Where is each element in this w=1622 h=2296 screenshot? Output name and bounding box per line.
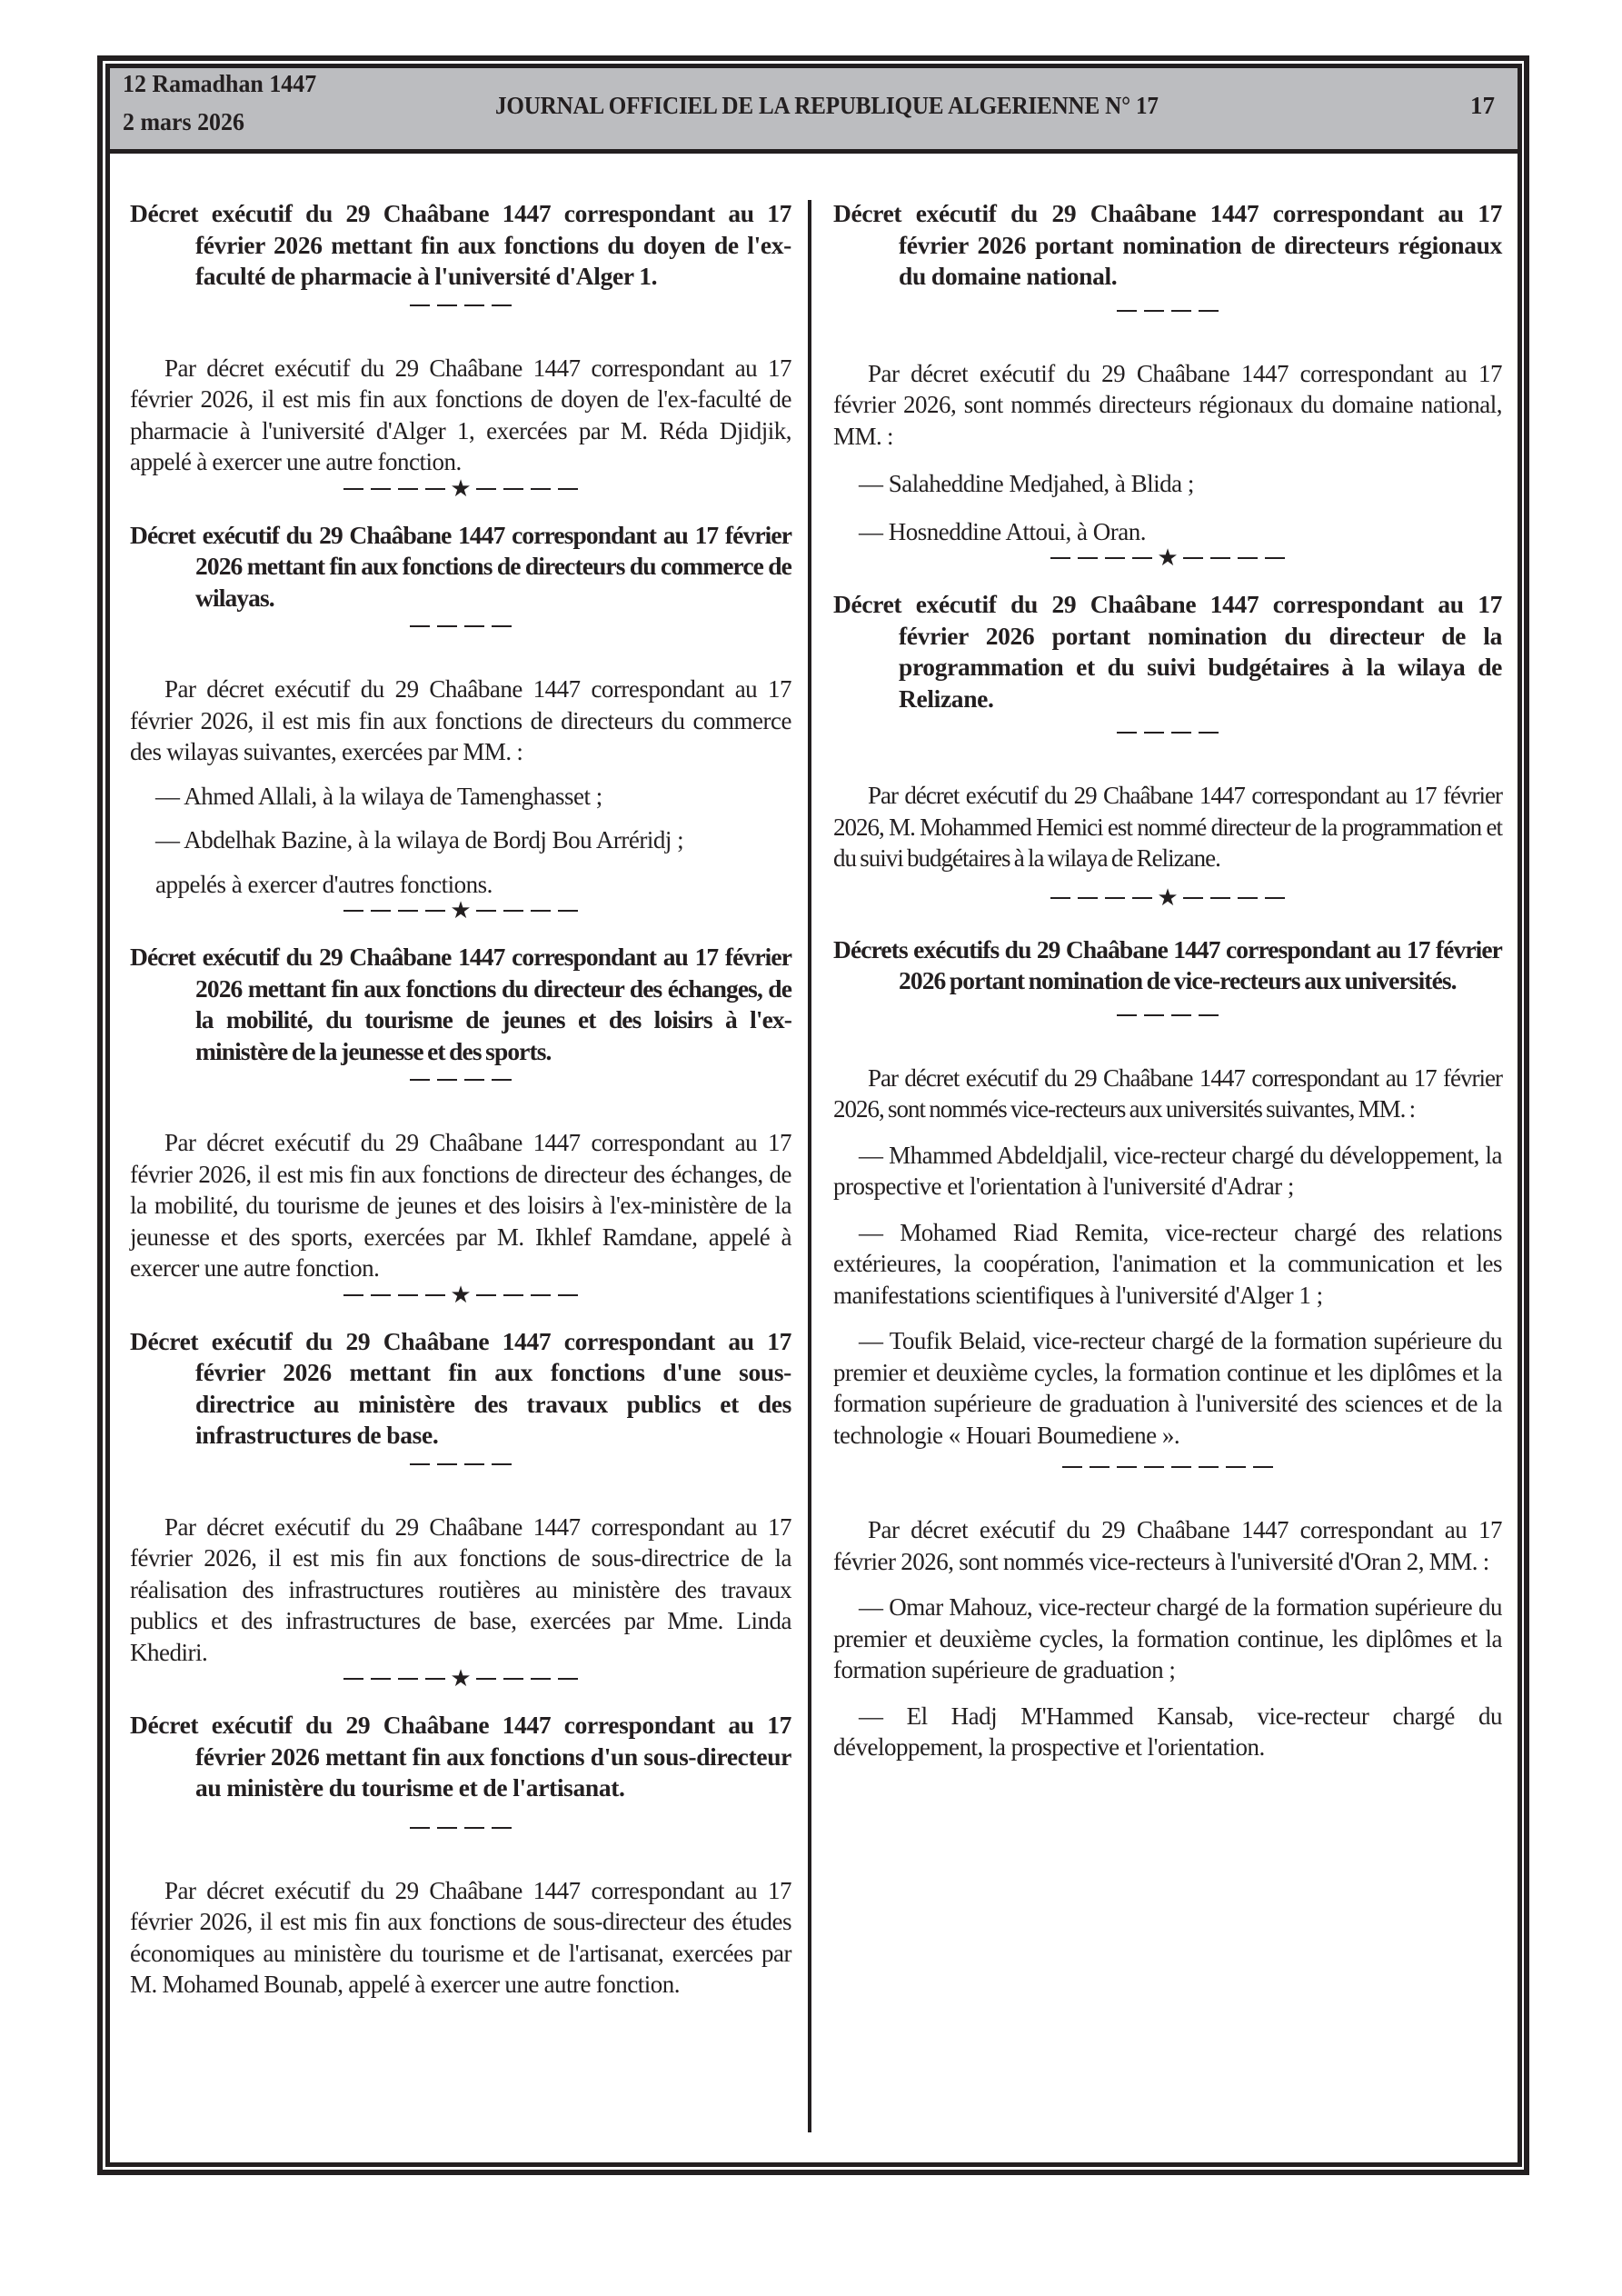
star-separator: ★ [833,887,1502,909]
decree-section: Décret exécutif du 29 Chaâbane 1447 corr… [833,589,1502,909]
header-page-number: 17 [1470,92,1495,120]
list-item: — Toufik Belaid, vice-recteur chargé de … [833,1325,1502,1451]
star-icon: ★ [450,1668,471,1690]
decree-title: Décret exécutif du 29 Chaâbane 1447 corr… [130,520,791,614]
short-separator [833,1004,1502,1026]
star-icon: ★ [1157,887,1178,909]
column-divider [808,200,811,2132]
list-item: — Ahmed Allali, à la wilaya de Tamenghas… [130,781,791,813]
short-separator [130,1817,791,1839]
decree-title: Décrets exécutifs du 29 Chaâbane 1447 co… [833,934,1502,997]
list-item: — Omar Mahouz, vice-recteur chargé de la… [833,1592,1502,1686]
header-date-hijri: 12 Ramadhan 1447 [123,70,316,98]
decree-body: Par décret exécutif du 29 Chaâbane 1447 … [130,1512,791,1669]
star-icon: ★ [450,478,471,500]
header-date-gregorian: 2 mars 2026 [123,108,244,136]
list-item: — Hosneddine Attoui, à Oran. [833,516,1502,548]
list-item: — Salaheddine Medjahed, à Blida ; [833,468,1502,500]
star-separator: ★ [130,478,791,500]
short-separator [130,615,791,637]
decree-section: Décrets exécutifs du 29 Chaâbane 1447 co… [833,934,1502,1763]
decree-body: Par décret exécutif du 29 Chaâbane 1447 … [833,780,1502,874]
short-separator [833,300,1502,322]
decree-closing: appelés à exercer d'autres fonctions. [130,869,791,901]
star-separator: ★ [130,900,791,922]
list-item: — Mhammed Abdeldjalil, vice-recteur char… [833,1140,1502,1203]
list-item: — El Hadj M'Hammed Kansab, vice-recteur … [833,1701,1502,1763]
decree-title: Décret exécutif du 29 Chaâbane 1447 corr… [833,198,1502,293]
decree-body: Par décret exécutif du 29 Chaâbane 1447 … [833,1063,1502,1125]
star-icon: ★ [1157,547,1178,569]
decree-body: Par décret exécutif du 29 Chaâbane 1447 … [130,674,791,768]
star-icon: ★ [450,1284,471,1306]
decree-body: Par décret exécutif du 29 Chaâbane 1447 … [833,358,1502,453]
short-separator [130,294,791,316]
right-column: Décret exécutif du 29 Chaâbane 1447 corr… [833,198,1502,1763]
header-journal-title: JOURNAL OFFICIEL DE LA REPUBLIQUE ALGERI… [495,92,1159,120]
decree-title: Décret exécutif du 29 Chaâbane 1447 corr… [130,198,791,293]
left-column: Décret exécutif du 29 Chaâbane 1447 corr… [130,198,791,2001]
decree-section: Décret exécutif du 29 Chaâbane 1447 corr… [833,198,1502,569]
decree-title: Décret exécutif du 29 Chaâbane 1447 corr… [130,1326,791,1452]
decree-title: Décret exécutif du 29 Chaâbane 1447 corr… [130,1710,791,1804]
star-separator: ★ [130,1284,791,1306]
long-separator [833,1456,1502,1478]
decree-title: Décret exécutif du 29 Chaâbane 1447 corr… [833,589,1502,714]
decree-title: Décret exécutif du 29 Chaâbane 1447 corr… [130,942,791,1067]
journal-header: 12 Ramadhan 1447 2 mars 2026 JOURNAL OFF… [110,68,1518,154]
short-separator [130,1453,791,1475]
list-item: — Mohamed Riad Remita, vice-recteur char… [833,1217,1502,1312]
short-separator [130,1069,791,1091]
decree-section: Décret exécutif du 29 Chaâbane 1447 corr… [130,1710,791,2001]
star-separator: ★ [130,1668,791,1690]
star-separator: ★ [833,547,1502,569]
short-separator [833,722,1502,744]
decree-body: Par décret exécutif du 29 Chaâbane 1447 … [130,1127,791,1284]
decree-section: Décret exécutif du 29 Chaâbane 1447 corr… [130,198,791,500]
list-item: — Abdelhak Bazine, à la wilaya de Bordj … [130,824,791,856]
decree-section: Décret exécutif du 29 Chaâbane 1447 corr… [130,942,791,1306]
star-icon: ★ [450,900,471,922]
decree-body: Par décret exécutif du 29 Chaâbane 1447 … [130,353,791,478]
decree-body: Par décret exécutif du 29 Chaâbane 1447 … [833,1514,1502,1577]
decree-section: Décret exécutif du 29 Chaâbane 1447 corr… [130,1326,791,1691]
decree-body: Par décret exécutif du 29 Chaâbane 1447 … [130,1875,791,2001]
decree-section: Décret exécutif du 29 Chaâbane 1447 corr… [130,520,791,923]
